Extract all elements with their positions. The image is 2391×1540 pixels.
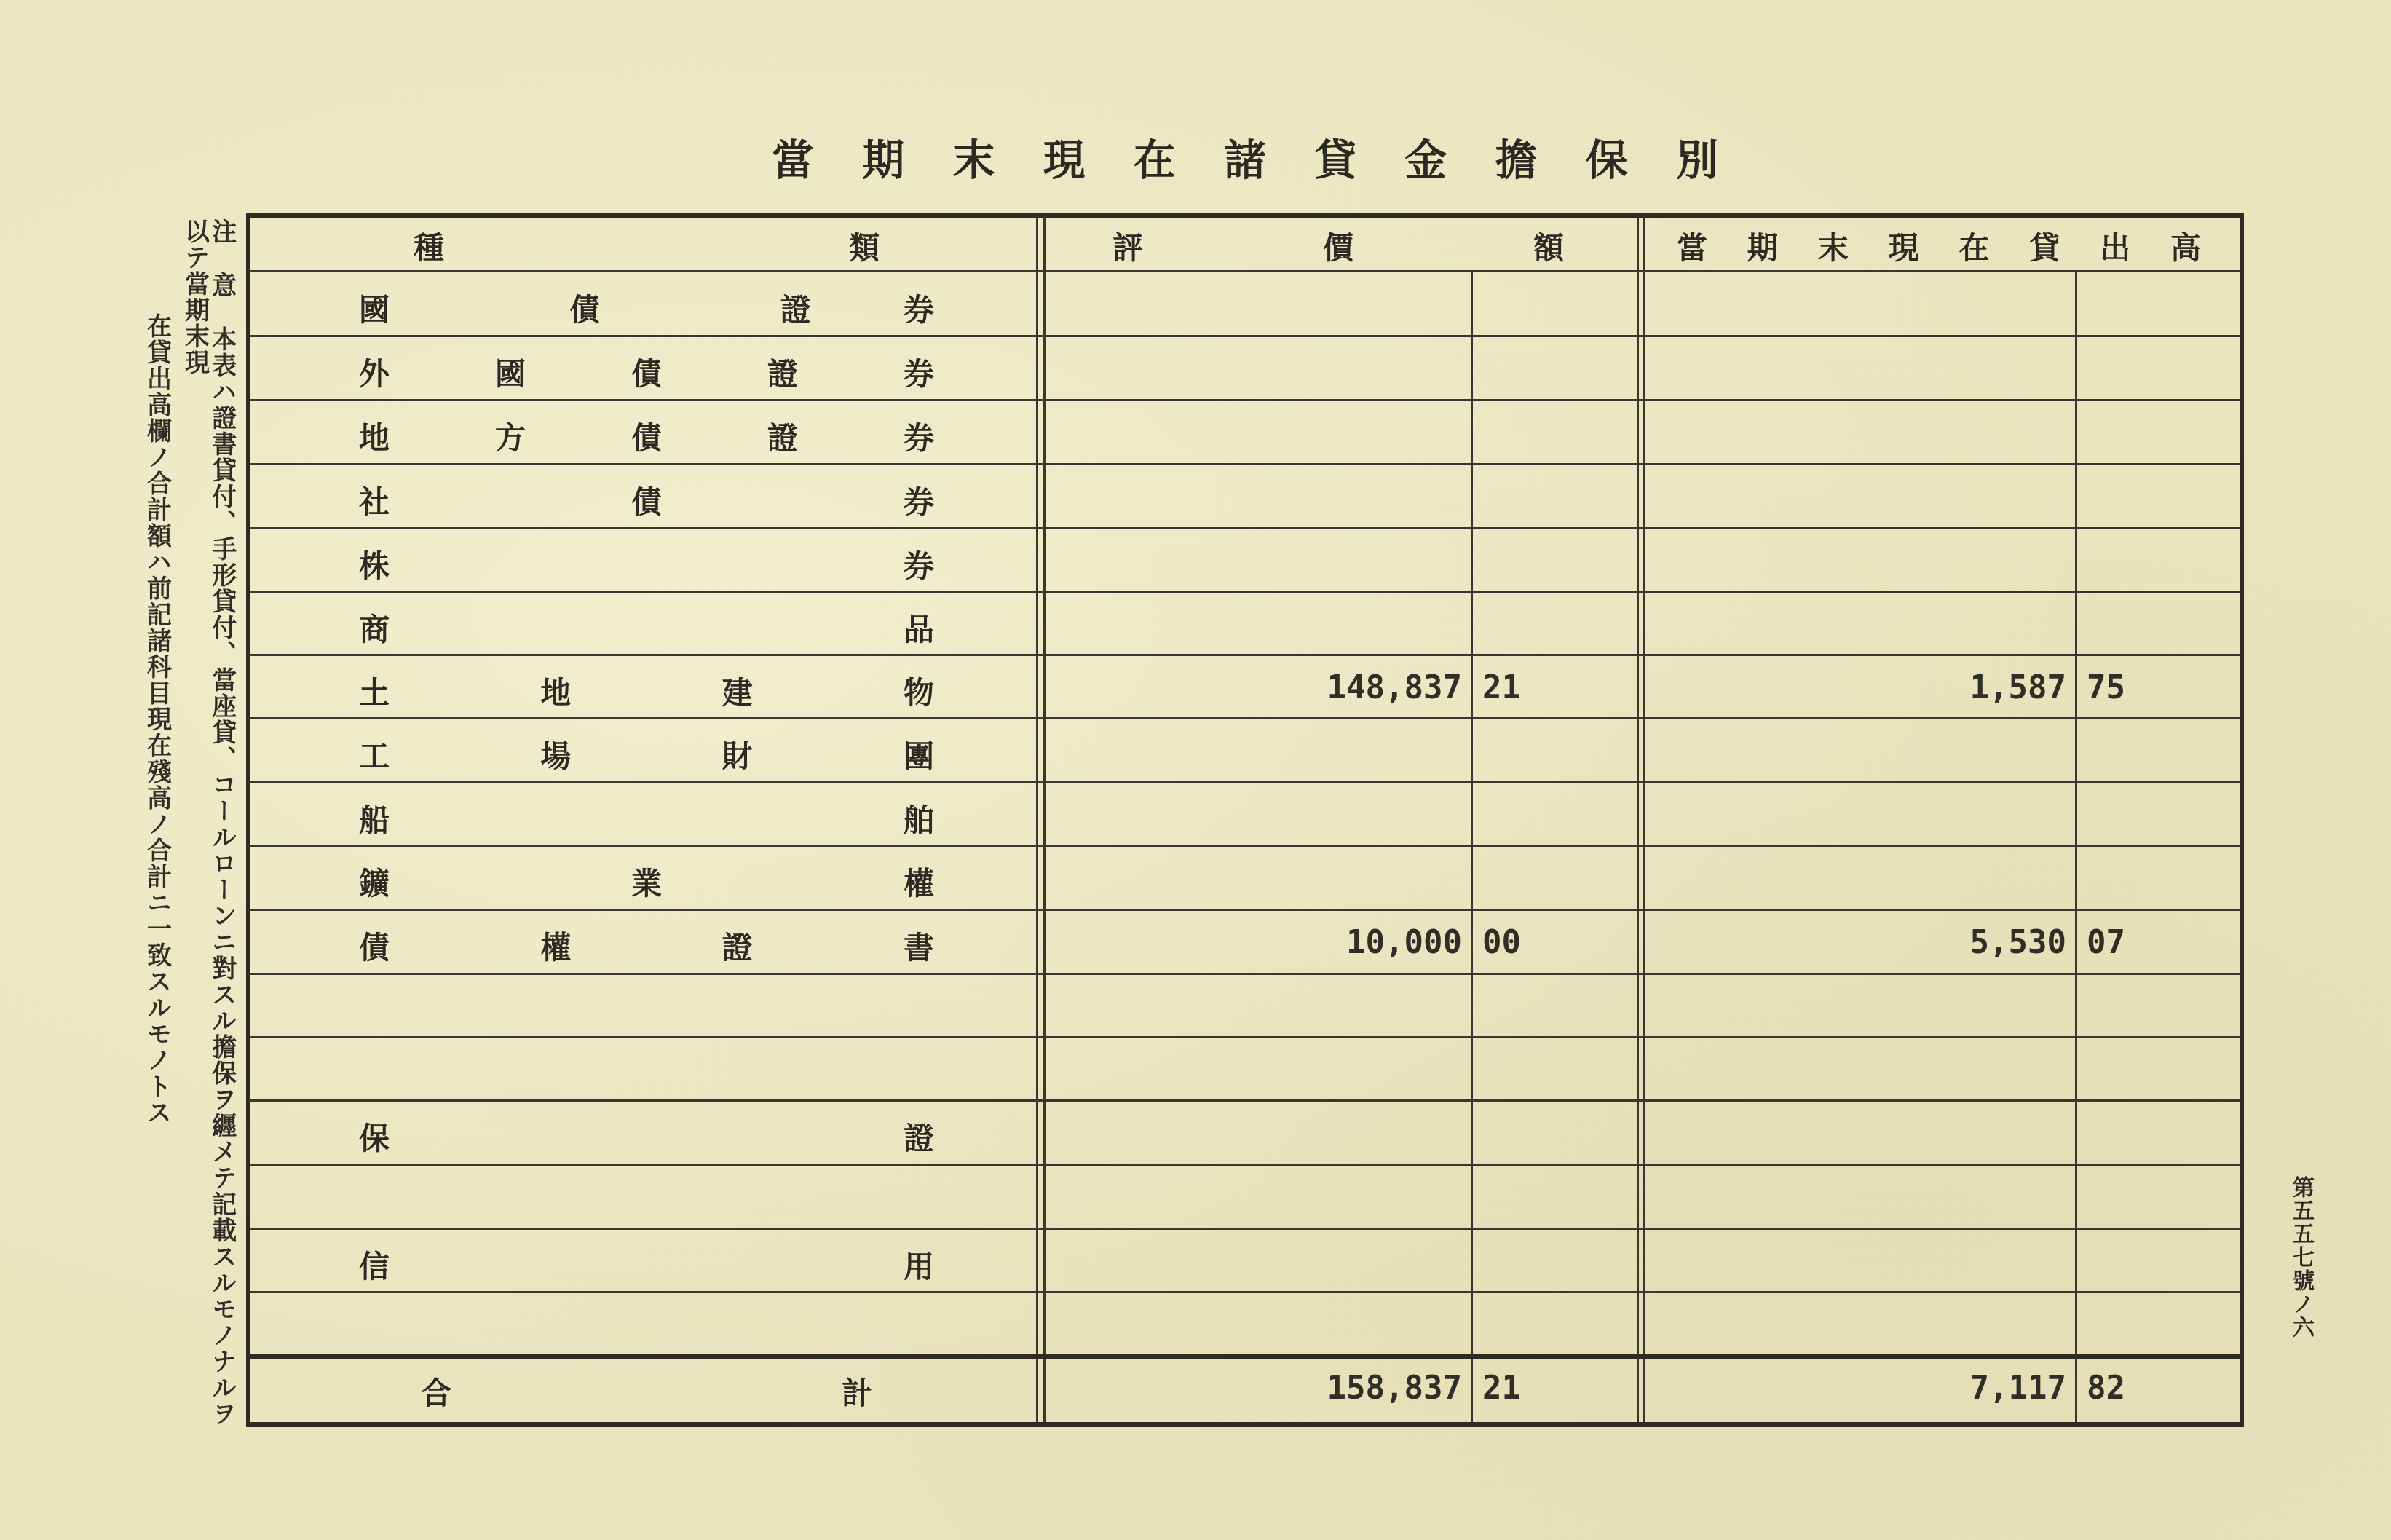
row-label-national-bonds: 國 債 證 券	[359, 286, 934, 330]
header-char: 在	[1959, 224, 1989, 268]
header-char: 類	[849, 224, 880, 268]
header-char: 高	[2170, 224, 2201, 268]
title-char: 期	[862, 126, 904, 187]
header-char: 貸	[2029, 224, 2060, 268]
label-char: 地	[359, 414, 390, 458]
title-char: 當	[772, 126, 814, 187]
loans-sen-bond-certificates: 07	[2087, 924, 2174, 961]
label-char: 方	[495, 414, 526, 458]
row-line	[249, 973, 2240, 975]
label-char: 券	[904, 286, 934, 330]
label-char: 信	[359, 1243, 390, 1287]
row-label-corporate-bonds: 社 債 券	[359, 478, 934, 522]
header-char: 價	[1323, 224, 1353, 268]
row-label-total: 合 計	[421, 1370, 872, 1413]
row-line	[249, 909, 2240, 911]
row-line	[249, 591, 2240, 593]
row-line	[249, 1291, 2240, 1293]
col-divider-valuation	[1637, 216, 1639, 1422]
row-line	[249, 527, 2240, 529]
label-char: 場	[540, 733, 571, 776]
row-label-stocks: 株 券	[359, 542, 934, 586]
page-number: 第五五七號ノ六	[2285, 1176, 2317, 1365]
table-top-border	[246, 213, 2244, 218]
row-line	[249, 335, 2240, 337]
label-char: 工	[359, 733, 390, 776]
valuation-sen-total: 21	[1482, 1370, 1570, 1407]
title-char: 保	[1586, 126, 1628, 187]
title-char: 貸	[1314, 126, 1356, 187]
col-divider-category-2	[1043, 216, 1046, 1422]
row-line	[249, 654, 2240, 656]
table-bottom-border	[246, 1422, 2244, 1427]
label-char: 品	[904, 606, 934, 649]
valuation-sen-bond-certificates: 00	[1482, 924, 1570, 961]
row-label-land-buildings: 土 地 建 物	[359, 669, 934, 713]
title-char: 別	[1676, 126, 1718, 187]
label-char: 券	[904, 350, 934, 394]
label-char: 計	[842, 1370, 872, 1413]
table-left-border	[246, 213, 250, 1427]
header-char: 額	[1533, 224, 1564, 268]
label-char: 鑛	[359, 860, 390, 904]
row-label-foreign-bonds: 外 國 債 證 券	[359, 350, 934, 394]
valuation-sen-land-buildings: 21	[1482, 669, 1570, 706]
label-char: 船	[359, 797, 390, 840]
label-char: 證	[722, 924, 753, 968]
label-char: 權	[540, 924, 571, 968]
row-line	[249, 781, 2240, 783]
label-char: 建	[722, 669, 753, 713]
row-label-factory-foundation: 工 場 財 團	[359, 733, 934, 776]
label-char: 外	[359, 350, 390, 394]
label-char: 券	[904, 414, 934, 458]
title-char: 金	[1404, 126, 1447, 187]
row-label-credit: 信 用	[359, 1243, 934, 1287]
row-line	[249, 1228, 2240, 1230]
label-char: 書	[904, 924, 934, 968]
label-char: 保	[359, 1115, 390, 1158]
table-right-border	[2240, 213, 2244, 1427]
title-char: 在	[1134, 126, 1176, 187]
label-char: 合	[421, 1370, 451, 1413]
title-char: 末	[952, 126, 995, 187]
note-text-1: 本表ハ證書貸付、手形貸付、當座貸、コールローンニ對スル擔保ヲ纒メテ記載スルモノナ…	[180, 218, 236, 1427]
label-char: 債	[359, 924, 390, 968]
label-char: 地	[540, 669, 571, 713]
label-char: 商	[359, 606, 390, 649]
header-loans: 當 期 末 現 在 貸 出 高	[1677, 224, 2201, 268]
label-char: 券	[904, 542, 934, 586]
valuation-yen-total: 158,837	[1193, 1370, 1462, 1407]
label-char: 國	[495, 350, 526, 394]
header-divider	[249, 270, 2240, 272]
row-line	[249, 1036, 2240, 1038]
label-char: 株	[359, 542, 390, 586]
label-char: 財	[722, 733, 753, 776]
label-char: 團	[904, 733, 934, 776]
loans-yen-bond-certificates: 5,530	[1797, 924, 2066, 961]
header-char: 出	[2100, 224, 2130, 268]
label-char: 債	[631, 478, 662, 522]
header-char: 現	[1889, 224, 1919, 268]
label-char: 業	[631, 860, 662, 904]
row-label-ships: 船 舶	[359, 797, 934, 840]
label-char: 債	[631, 414, 662, 458]
row-label-merchandise: 商 品	[359, 606, 934, 649]
page-title: 當 期 末 現 在 諸 貸 金 擔 保 別	[772, 124, 1718, 189]
label-char: 國	[359, 286, 390, 330]
header-char: 評	[1112, 224, 1143, 268]
header-char: 種	[414, 224, 444, 268]
loans-yen-land-buildings: 1,587	[1797, 669, 2066, 706]
label-char: 債	[631, 350, 662, 394]
col-divider-valuation-2	[1643, 216, 1645, 1422]
total-divider	[249, 1354, 2240, 1359]
label-char: 債	[569, 286, 600, 330]
title-char: 諸	[1224, 126, 1266, 187]
label-char: 物	[904, 669, 934, 713]
row-line	[249, 845, 2240, 847]
label-char: 舶	[904, 797, 934, 840]
label-char: 社	[359, 478, 390, 522]
loans-sen-land-buildings: 75	[2087, 669, 2174, 706]
label-char: 權	[904, 860, 934, 904]
loans-yen-total: 7,117	[1797, 1370, 2066, 1407]
valuation-yen-land-buildings: 148,837	[1193, 669, 1462, 706]
header-char: 末	[1818, 224, 1849, 268]
note-text-2: 在貸出高欄ノ合計額ハ前記諸科目現在殘高ノ合計ニ一致スルモノトス	[142, 313, 171, 1126]
header-char: 當	[1677, 224, 1707, 268]
note-line-1: 注意本表ハ證書貸付、手形貸付、當座貸、コールローンニ對スル擔保ヲ纒メテ記載スルモ…	[181, 218, 235, 1449]
label-char: 土	[359, 669, 390, 713]
row-line	[249, 399, 2240, 401]
label-char: 用	[904, 1243, 934, 1287]
note-line-2: 在貸出高欄ノ合計額ハ前記諸科目現在殘高ノ合計ニ一致スルモノトス	[143, 313, 170, 1296]
title-char: 現	[1043, 126, 1086, 187]
row-label-bond-certificates: 債 權 證 書	[359, 924, 934, 968]
row-line	[249, 1164, 2240, 1166]
label-char: 證	[767, 350, 798, 394]
note-label: 注意	[208, 218, 237, 326]
label-char: 券	[904, 478, 934, 522]
col-divider-category	[1036, 216, 1038, 1422]
valuation-yen-bond-certificates: 10,000	[1193, 924, 1462, 961]
header-char: 期	[1747, 224, 1778, 268]
row-line	[249, 1099, 2240, 1102]
label-char: 證	[767, 414, 798, 458]
label-char: 證	[780, 286, 811, 330]
row-label-mining-rights: 鑛 業 權	[359, 860, 934, 904]
header-valuation: 評 價 額	[1112, 224, 1564, 268]
row-label-guarantee: 保 證	[359, 1115, 934, 1158]
row-line	[249, 463, 2240, 465]
row-label-local-bonds: 地 方 債 證 券	[359, 414, 934, 458]
header-category: 種 類	[414, 224, 880, 268]
loans-sen-total: 82	[2087, 1370, 2174, 1407]
label-char: 證	[904, 1115, 934, 1158]
title-char: 擔	[1495, 126, 1538, 187]
row-line	[249, 717, 2240, 719]
collateral-table: 種 類 評 價 額 當 期 末 現 在 貸 出 高 國 債 證 券 外 國 債 …	[246, 213, 2244, 1425]
